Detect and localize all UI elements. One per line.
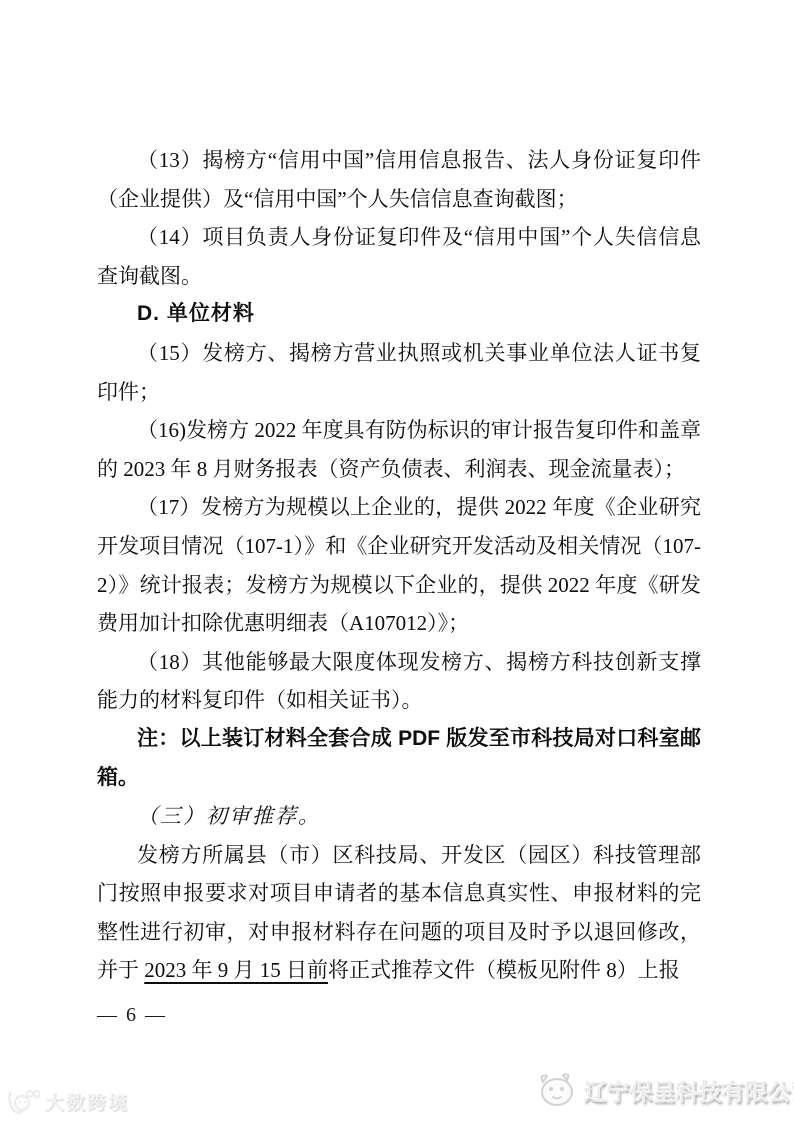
final-paragraph-post-text: 将正式推荐文件（模板见附件 8）上报 [328, 958, 680, 982]
page-number: — 6 — [97, 1004, 167, 1027]
paragraph-final-review: 发榜方所属县（市）区科技局、开发区（园区）科技管理部门按照申报要求对项目申请者的… [97, 836, 701, 990]
paragraph-item-17: （17）发榜方为规模以上企业的，提供 2022 年度《企业研究开发项目情况（10… [97, 488, 701, 642]
paragraph-item-13: （13）揭榜方“信用中国”信用信息报告、法人身份证复印件（企业提供）及“信用中国… [97, 141, 701, 218]
section-heading-preliminary-review: （三）初审推荐。 [97, 797, 701, 836]
paragraph-item-14: （14）项目负责人身份证复印件及“信用中国”个人失信信息查询截图。 [97, 218, 701, 295]
document-body: （13）揭榜方“信用中国”信用信息报告、法人身份证复印件（企业提供）及“信用中国… [97, 141, 701, 990]
heading-unit-materials: D. 单位材料 [97, 295, 701, 334]
mascot-face-icon [537, 1072, 577, 1108]
company-watermark: 辽宁保呈科技有限公司 [537, 1072, 794, 1108]
document-page: （13）揭榜方“信用中国”信用信息报告、法人身份证复印件（企业提供）及“信用中国… [0, 0, 794, 1123]
site-logo-watermark: 大数跨境 [6, 1088, 129, 1115]
company-watermark-text: 辽宁保呈科技有限公司 [584, 1074, 794, 1107]
paragraph-item-18: （18）其他能够最大限度体现发榜方、揭榜方科技创新支撑能力的材料复印件（如相关证… [97, 643, 701, 720]
note-pdf-submission: 注：以上装订材料全套合成 PDF 版发至市科技局对口科室邮箱。 [97, 720, 701, 797]
paragraph-item-16: （16)发榜方 2022 年度具有防伪标识的审计报告复印件和盖章的 2023 年… [97, 411, 701, 488]
paragraph-item-15: （15）发榜方、揭榜方营业执照或机关事业单位法人证书复印件； [97, 334, 701, 411]
dashu-logo-icon [6, 1089, 40, 1115]
deadline-underlined-text: 2023 年 9 月 15 日前 [144, 958, 328, 982]
site-logo-watermark-text: 大数跨境 [45, 1088, 129, 1115]
